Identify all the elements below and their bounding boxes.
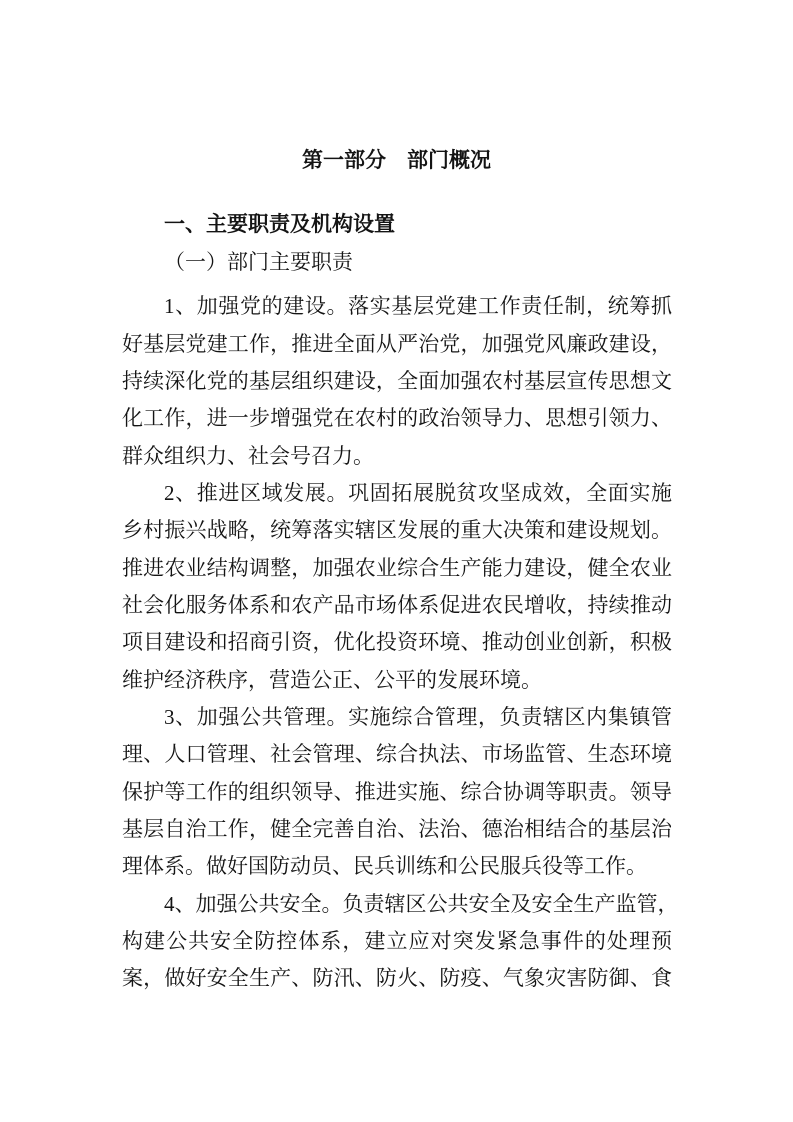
paragraph-line: 4、加强公共安全。负责辖区公共安全及安全生产监管， [122,886,672,923]
duty-paragraph-public-management: 3、加强公共管理。实施综合管理，负责辖区内集镇管 理、人口管理、社会管理、综合执… [122,699,672,886]
paragraph-line: 化工作，进一步增强党在农村的政治领导力、思想引领力、 [122,400,672,437]
paragraph-line: 推进农业结构调整，加强农业综合生产能力建设，健全农业 [122,550,672,587]
paragraph-line: 项目建设和招商引资，优化投资环境、推动创业创新，积极 [122,624,672,661]
paragraph-line: 3、加强公共管理。实施综合管理，负责辖区内集镇管 [122,699,672,736]
paragraph-line: 持续深化党的基层组织建设，全面加强农村基层宣传思想文 [122,363,672,400]
paragraph-line: 1、加强党的建设。落实基层党建工作责任制，统筹抓 [122,288,672,325]
body-text: 1、加强党的建设。落实基层党建工作责任制，统筹抓 好基层党建工作，推进全面从严治… [122,288,672,998]
paragraph-line: 好基层党建工作，推进全面从严治党，加强党风廉政建设， [122,326,672,363]
paragraph-line: 保护等工作的组织领导、推进实施、综合协调等职责。领导 [122,774,672,811]
paragraph-line: 乡村振兴战略，统筹落实辖区发展的重大决策和建设规划。 [122,512,672,549]
paragraph-line: 理体系。做好国防动员、民兵训练和公民服兵役等工作。 [122,848,672,885]
paragraph-line: 案，做好安全生产、防汛、防火、防疫、气象灾害防御、食 [122,960,672,997]
duty-paragraph-regional-development: 2、推进区域发展。巩固拓展脱贫攻坚成效，全面实施 乡村振兴战略，统筹落实辖区发展… [122,475,672,699]
paragraph-line: 群众组织力、社会号召力。 [122,438,672,475]
section-heading: 一、主要职责及机构设置 [164,204,395,244]
paragraph-line: 基层自治工作，健全完善自治、法治、德治相结合的基层治 [122,811,672,848]
paragraph-line: 构建公共安全防控体系，建立应对突发紧急事件的处理预 [122,923,672,960]
duty-paragraph-party-building: 1、加强党的建设。落实基层党建工作责任制，统筹抓 好基层党建工作，推进全面从严治… [122,288,672,475]
paragraph-line: 社会化服务体系和农产品市场体系促进农民增收，持续推动 [122,587,672,624]
page-title: 第一部分 部门概况 [0,140,793,180]
document-page: 第一部分 部门概况 一、主要职责及机构设置 （一）部门主要职责 1、加强党的建设… [0,0,793,1122]
paragraph-line: 理、人口管理、社会管理、综合执法、市场监管、生态环境 [122,736,672,773]
subsection-heading: （一）部门主要职责 [164,242,353,282]
duty-paragraph-public-safety: 4、加强公共安全。负责辖区公共安全及安全生产监管， 构建公共安全防控体系，建立应… [122,886,672,998]
paragraph-line: 2、推进区域发展。巩固拓展脱贫攻坚成效，全面实施 [122,475,672,512]
paragraph-line: 维护经济秩序，营造公正、公平的发展环境。 [122,662,672,699]
